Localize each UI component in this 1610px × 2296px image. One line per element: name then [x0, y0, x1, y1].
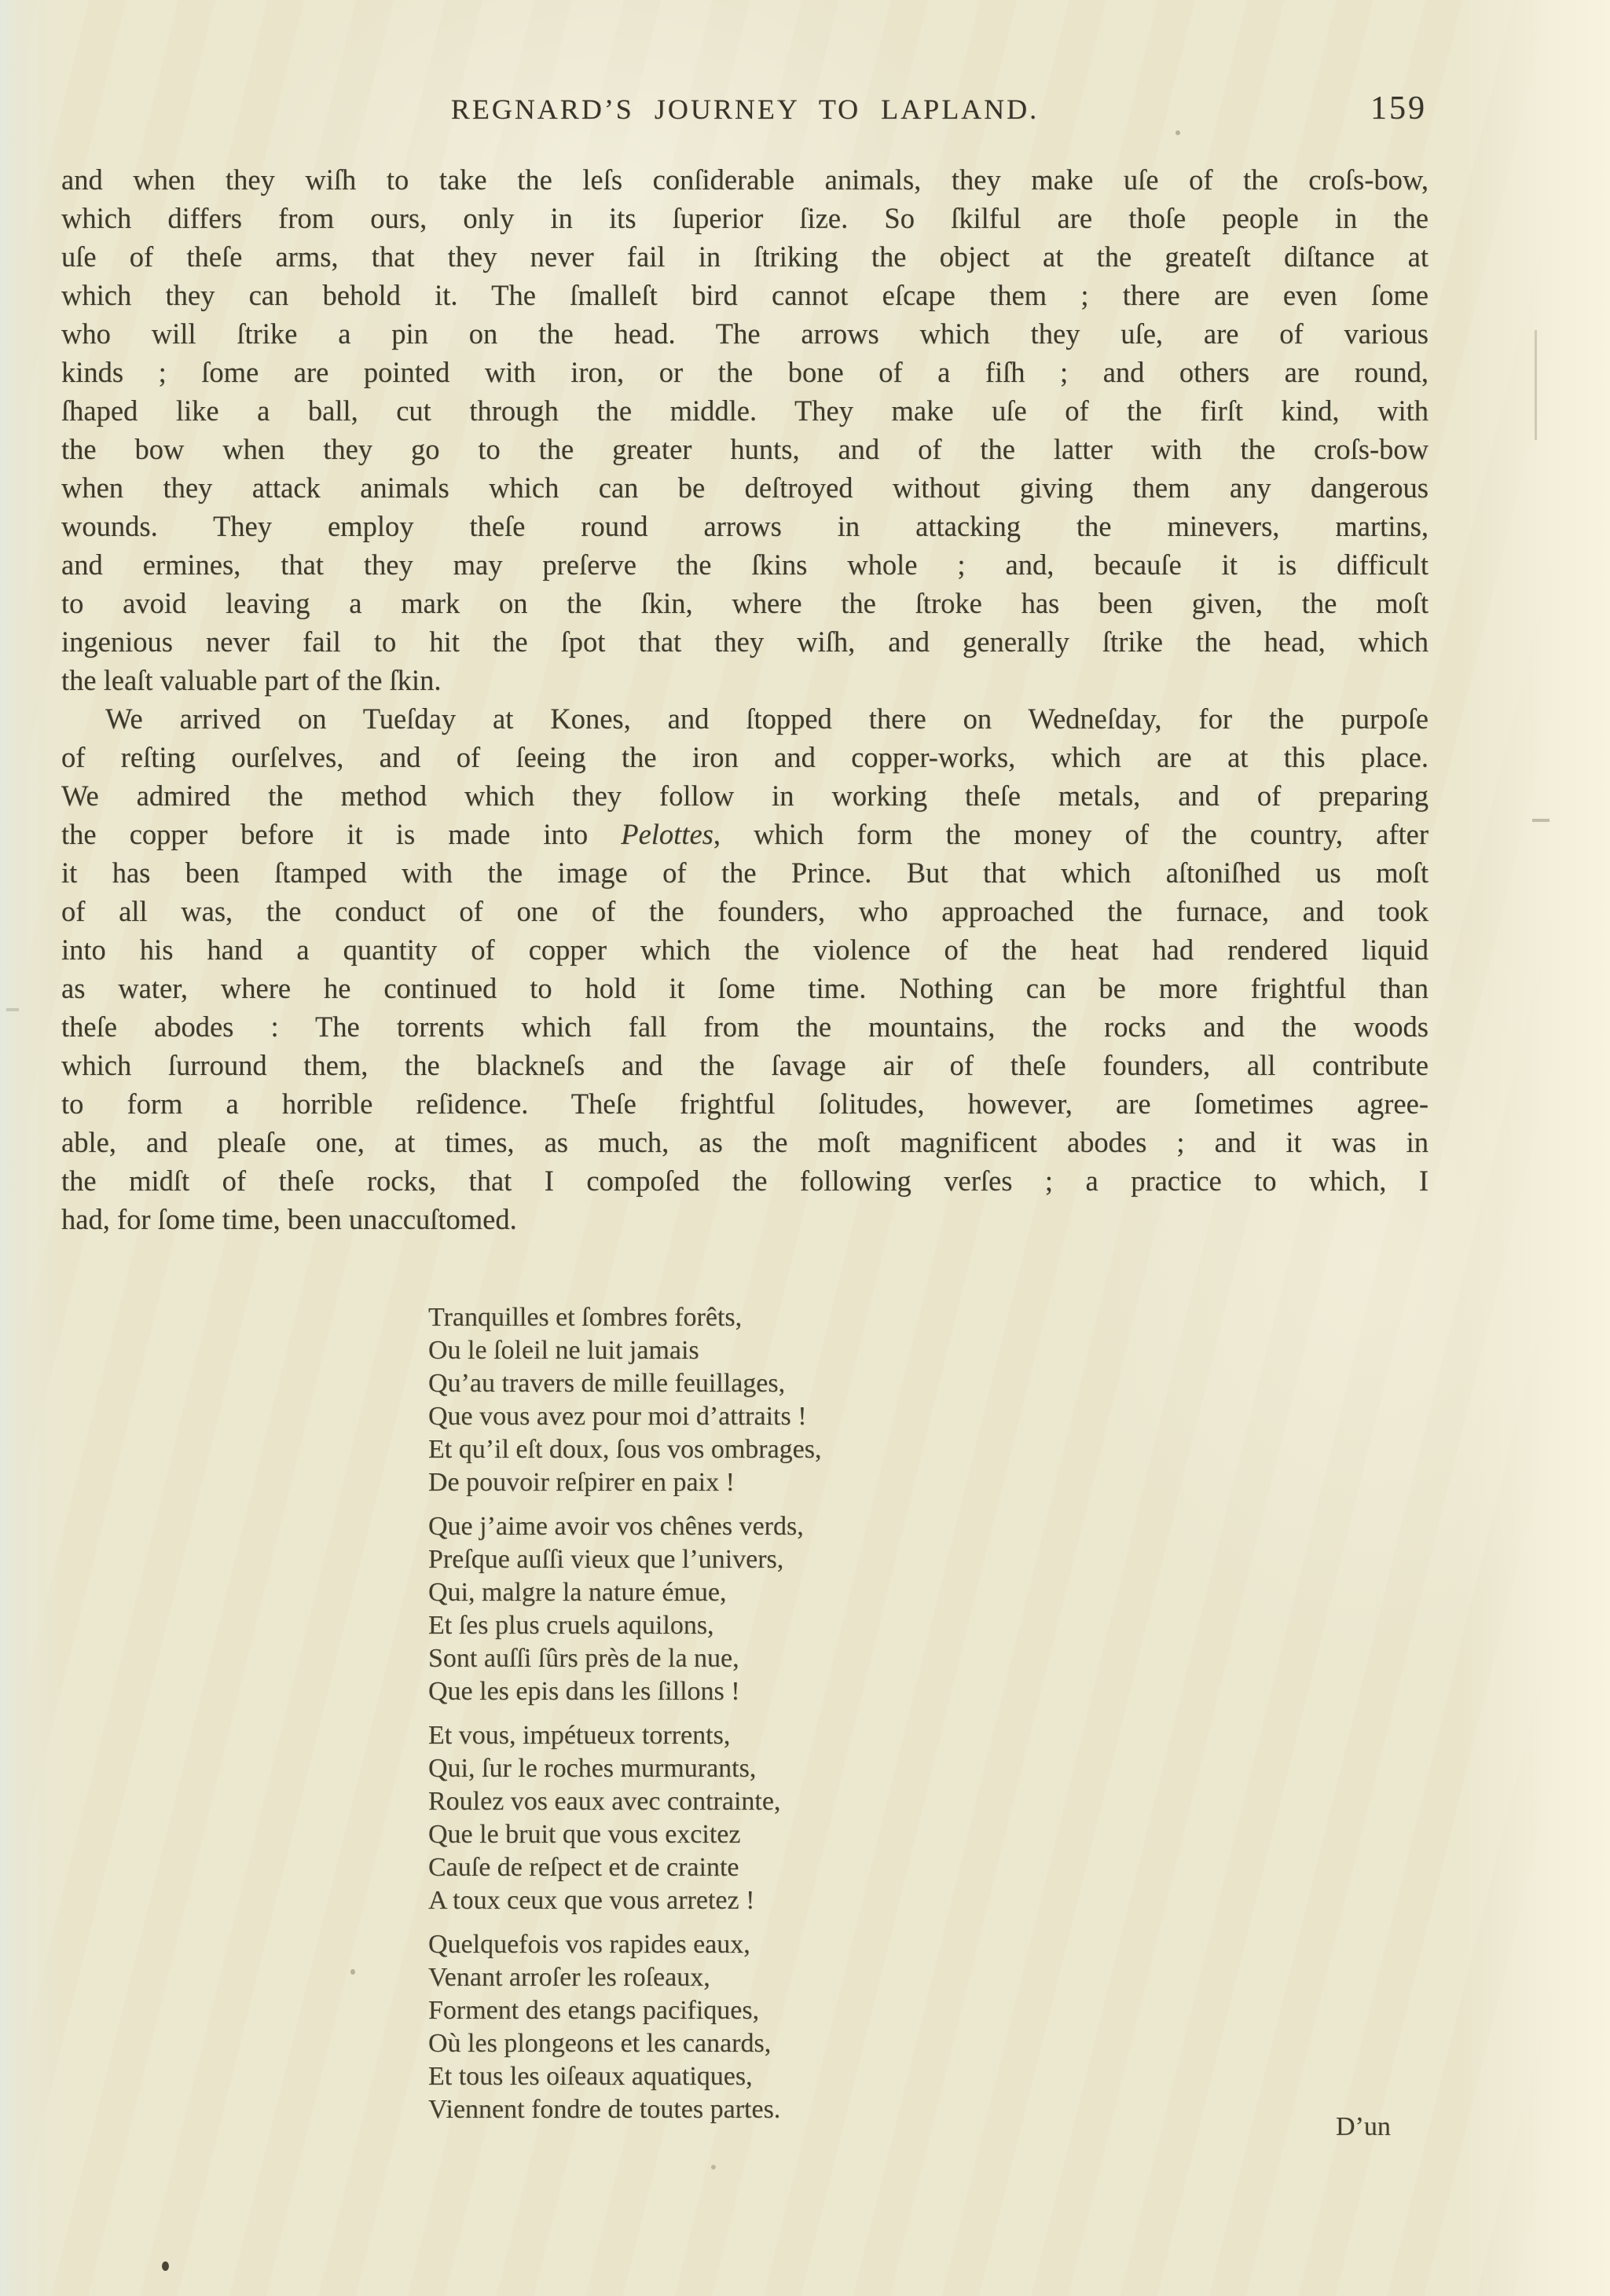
margin-mark — [6, 1008, 19, 1011]
book-page: REGNARD’S JOURNEY TO LAPLAND. 159 and wh… — [0, 0, 1610, 2296]
paper-speck — [711, 2165, 716, 2169]
paper-speck — [162, 2261, 169, 2271]
poem-stanza: Tranquilles et ſombres forêts,Ou le ſole… — [428, 1301, 822, 1499]
poem-stanza: Et vous, impétueux torrents,Qui, ſur le … — [428, 1719, 822, 1917]
text-line: ſhaped like a ball, cut through the midd… — [61, 391, 1428, 430]
text-line: kinds ; ſome are pointed with iron, or t… — [61, 353, 1428, 391]
poem-line: Que j’aime avoir vos chênes verds, — [428, 1510, 822, 1543]
page-number: 159 — [1370, 90, 1427, 127]
text-line: the bow when they go to the greater hunt… — [61, 430, 1428, 468]
poem-line: Tranquilles et ſombres forêts, — [428, 1301, 822, 1334]
text-line: the midſt of theſe rocks, that I compoſe… — [61, 1161, 1428, 1200]
text-line: as water, where he continued to hold it … — [61, 969, 1428, 1007]
poem-line: Ou le ſoleil ne luit jamais — [428, 1334, 822, 1367]
text-line: wounds. They employ theſe round arrows i… — [61, 507, 1428, 545]
poem-line: Qui, malgre la nature émue, — [428, 1576, 822, 1609]
text-line: it has been ſtamped with the image of th… — [61, 853, 1428, 892]
text-line: of all was, the conduct of one of the fo… — [61, 892, 1428, 930]
text-line: which they can behold it. The ſmalleſt b… — [61, 276, 1428, 314]
text-line: had, for ſome time, been unaccuſtomed. — [61, 1200, 1428, 1238]
poem-line: De pouvoir reſpirer en paix ! — [428, 1466, 822, 1499]
text-line: able, and pleaſe one, at times, as much,… — [61, 1123, 1428, 1161]
poem-line: Et ſes plus cruels aquilons, — [428, 1609, 822, 1642]
poem-line: Qui, ſur le roches murmurants, — [428, 1752, 822, 1785]
text-line: to form a horrible reſidence. Theſe frig… — [61, 1084, 1428, 1123]
text-line: of reſting ourſelves, and of ſeeing the … — [61, 738, 1428, 776]
margin-mark — [1532, 819, 1549, 822]
poem-line: Sont auſſi ſûrs près de la nue, — [428, 1642, 822, 1675]
text-line: We arrived on Tueſday at Kones, and ſtop… — [61, 699, 1428, 738]
paper-speck — [1175, 130, 1180, 135]
poem-line: Et tous les oiſeaux aquatiques, — [428, 2060, 822, 2093]
running-title: REGNARD’S JOURNEY TO LAPLAND. — [61, 93, 1428, 126]
poem: Tranquilles et ſombres forêts,Ou le ſole… — [428, 1301, 822, 2137]
text-line: the leaſt valuable part of the ſkin. — [61, 661, 1428, 699]
poem-stanza: Que j’aime avoir vos chênes verds,Preſqu… — [428, 1510, 822, 1708]
text-line: who will ſtrike a pin on the head. The a… — [61, 314, 1428, 353]
text-line: and ermines, that they may preſerve the … — [61, 545, 1428, 584]
poem-line: Où les plongeons et les canards, — [428, 2027, 822, 2060]
text-line: and when they wiſh to take the leſs conſ… — [61, 160, 1428, 199]
text-line: which ſurround them, the blackneſs and t… — [61, 1046, 1428, 1084]
paper-speck — [350, 1969, 355, 1975]
poem-line: Que le bruit que vous excitez — [428, 1818, 822, 1851]
text-line: to avoid leaving a mark on the ſkin, whe… — [61, 584, 1428, 622]
page-header: REGNARD’S JOURNEY TO LAPLAND. 159 — [61, 93, 1428, 143]
poem-line: A toux ceux que vous arretez ! — [428, 1884, 822, 1917]
text-line: theſe abodes : The torrents which fall f… — [61, 1007, 1428, 1046]
poem-stanza: Quelquefois vos rapides eaux,Venant arro… — [428, 1928, 822, 2126]
text-line: We admired the method which they follow … — [61, 776, 1428, 815]
poem-line: Cauſe de reſpect et de crainte — [428, 1851, 822, 1884]
poem-line: Preſque auſſi vieux que l’univers, — [428, 1543, 822, 1576]
text-line: which differs from ours, only in its ſup… — [61, 199, 1428, 237]
catchword: D’un — [1336, 2112, 1391, 2142]
poem-line: Et vous, impétueux torrents, — [428, 1719, 822, 1752]
text-line: ingenious never fail to hit the ſpot tha… — [61, 622, 1428, 661]
poem-line: Et qu’il eſt doux, ſous vos ombrages, — [428, 1433, 822, 1466]
page-crease — [1535, 330, 1537, 440]
body-text: and when they wiſh to take the leſs conſ… — [61, 160, 1428, 1238]
poem-line: Roulez vos eaux avec contrainte, — [428, 1785, 822, 1818]
text-line: when they attack animals which can be de… — [61, 468, 1428, 507]
poem-line: Que vous avez pour moi d’attraits ! — [428, 1400, 822, 1433]
poem-line: Forment des etangs pacifiques, — [428, 1994, 822, 2027]
poem-line: Que les epis dans les ſillons ! — [428, 1675, 822, 1708]
poem-line: Quelquefois vos rapides eaux, — [428, 1928, 822, 1961]
poem-line: Viennent fondre de toutes partes. — [428, 2093, 822, 2126]
text-line: into his hand a quantity of copper which… — [61, 930, 1428, 969]
poem-line: Qu’au travers de mille feuillages, — [428, 1367, 822, 1400]
text-line: uſe of theſe arms, that they never fail … — [61, 237, 1428, 276]
poem-line: Venant arroſer les roſeaux, — [428, 1961, 822, 1994]
text-line: the copper before it is made into Pelott… — [61, 815, 1428, 853]
